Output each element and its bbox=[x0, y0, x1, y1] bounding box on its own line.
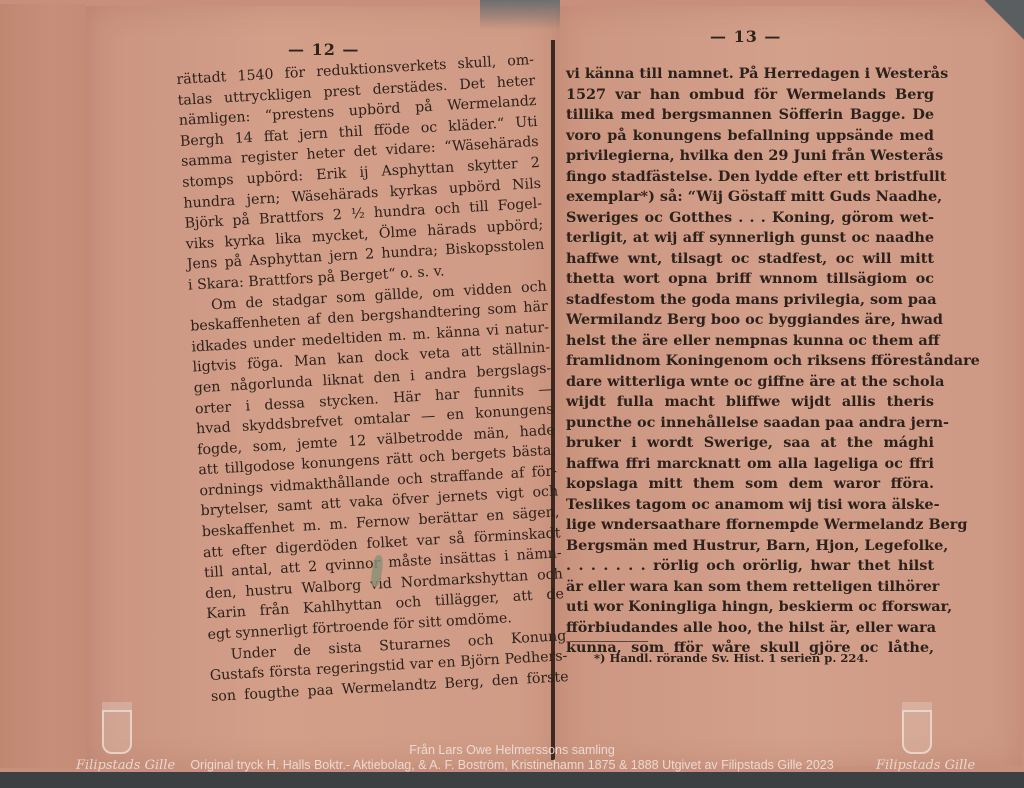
spine-shadow bbox=[480, 0, 560, 30]
text-line: stadfestom the goda mans privilegia, som… bbox=[566, 290, 934, 311]
text-line: privilegierna, hvilka den 29 Juni från W… bbox=[566, 146, 934, 167]
text-line: dare witterliga wnte oc giffne äre at th… bbox=[566, 372, 934, 393]
text-line: thetta wort opna briff wnnom tillsägiom … bbox=[566, 269, 934, 290]
left-page-number: — 12 — bbox=[288, 40, 359, 59]
text-line: fingo stadfästelse. Den lydde efter ett … bbox=[566, 167, 934, 188]
text-line: haffwa ffri marcknatt om alla lageliga o… bbox=[566, 454, 934, 475]
text-line: puncthe oc innehållelse saadan paa andra… bbox=[566, 413, 934, 434]
footnote-divider bbox=[570, 641, 648, 642]
text-line: vi känna till namnet. På Herredagen i We… bbox=[566, 64, 934, 85]
right-page-text: vi känna till namnet. På Herredagen i We… bbox=[566, 64, 934, 659]
text-line: Sweriges oc Gotthes . . . Koning, görom … bbox=[566, 208, 934, 229]
text-line: lige wndersaathare ffornempde Wermelandz… bbox=[566, 515, 934, 536]
text-line: haffwe wnt, tilsagt oc stadfest, oc will… bbox=[566, 249, 934, 270]
scan-background bbox=[0, 772, 1024, 788]
text-line: uti wor Koningliga hingn, beskierm oc ff… bbox=[566, 597, 934, 618]
watermark-print-credit: Original tryck H. Halls Boktr.- Aktiebol… bbox=[0, 758, 1024, 772]
text-line: är eller wara kan som them retteligen ti… bbox=[566, 577, 934, 598]
text-line: kopslaga mitt them som dem waror fföra. bbox=[566, 474, 934, 495]
watermark-collection-credit: Från Lars Owe Helmerssons samling bbox=[0, 743, 1024, 757]
text-line: tillika med bergsmannen Söfferin Bagge. … bbox=[566, 105, 934, 126]
book-spread: — 12 — — 13 — rättadt 1540 för reduktion… bbox=[0, 0, 1024, 772]
text-line: framlidnom Koningenom och riksens fföres… bbox=[566, 351, 934, 372]
text-line: voro på konungens befallning uppsände me… bbox=[566, 126, 934, 147]
text-line: . . . . . . . rörlig och orörlig, hwar t… bbox=[566, 556, 934, 577]
text-line: exemplar*) så: “Wij Göstaff mitt Guds Na… bbox=[566, 187, 934, 208]
text-line: helst the äre eller nempnas kunna oc the… bbox=[566, 331, 934, 352]
left-page-text: rättadt 1540 för reduktionsverkets skull… bbox=[176, 50, 569, 707]
text-line: wijdt fulla macht bliffwe wijdt allis th… bbox=[566, 392, 934, 413]
text-line: Bergsmän med Hustrur, Barn, Hjon, Legefo… bbox=[566, 536, 934, 557]
footnote: *) Handl. rörande Sv. Hist. 1 serien p. … bbox=[594, 651, 868, 665]
text-line: 1527 var han ombud för Wermelands Berg bbox=[566, 85, 934, 106]
book-cover-edge bbox=[0, 4, 86, 768]
torn-corner bbox=[954, 0, 1024, 60]
text-line: Wermilandz Berg boo oc byggiandes äre, h… bbox=[566, 310, 934, 331]
right-page-number: — 13 — bbox=[710, 27, 781, 46]
text-line: terligit, at wij aff synnerligh gunst oc… bbox=[566, 228, 934, 249]
text-line: fförbiudandes alle hoo, the hilst är, el… bbox=[566, 618, 934, 639]
text-line: Teslikes tagom oc anamom wij tisi wora ä… bbox=[566, 495, 934, 516]
text-line: bruker i wordt Swerige, saa at the mághi bbox=[566, 433, 934, 454]
